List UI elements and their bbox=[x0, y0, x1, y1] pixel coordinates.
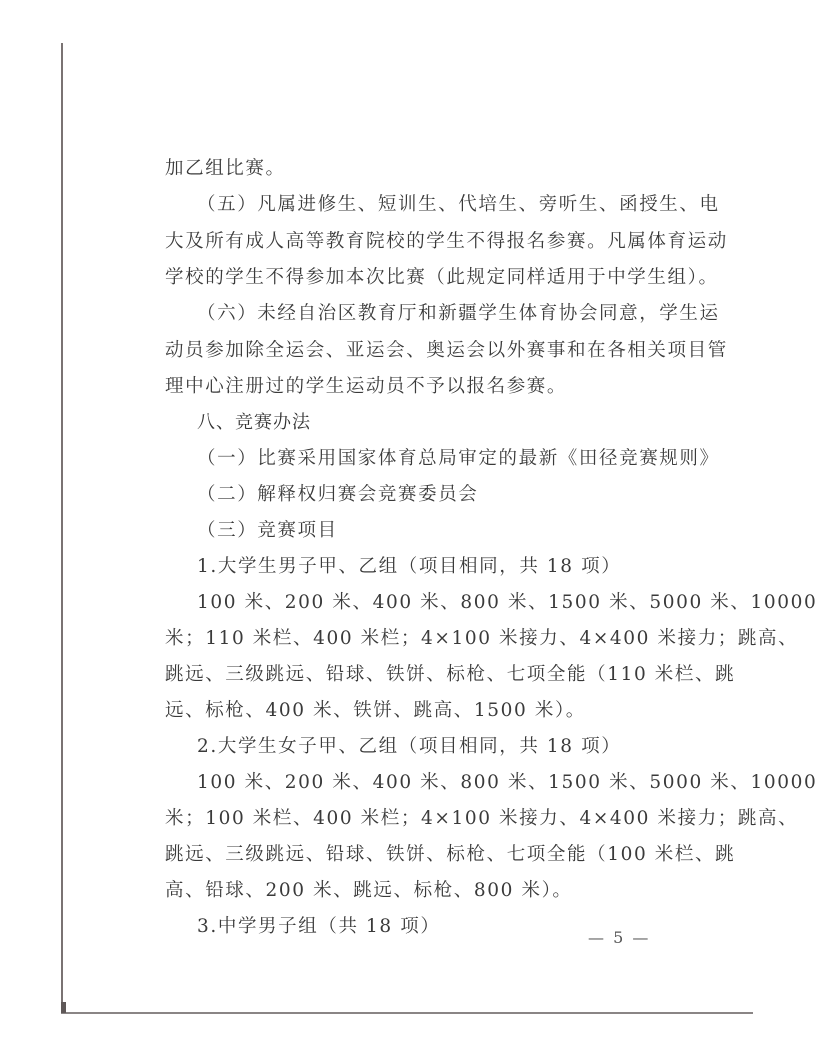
text-line: 学校的学生不得参加本次比赛（此规定同样适用于中学生组）。 bbox=[165, 263, 675, 293]
text-line: 理中心注册过的学生运动员不予以报名参赛。 bbox=[165, 372, 675, 402]
text-line: 大及所有成人高等教育院校的学生不得报名参赛。凡属体育运动 bbox=[165, 227, 670, 257]
text-line: 100 米、200 米、400 米、800 米、1500 米、5000 米、10… bbox=[197, 768, 672, 798]
text-line: 2.大学生女子甲、乙组（项目相同，共 18 项） bbox=[197, 732, 707, 762]
document-page: 加乙组比赛。（五）凡属进修生、短训生、代培生、旁听生、函授生、电大及所有成人高等… bbox=[0, 0, 816, 1056]
scan-corner-mark bbox=[61, 1002, 66, 1013]
text-line: 高、铅球、200 米、跳远、标枪、800 米）。 bbox=[165, 876, 675, 906]
page-number: — 5 — bbox=[588, 928, 650, 947]
text-line: 1.大学生男子甲、乙组（项目相同，共 18 项） bbox=[197, 552, 707, 582]
text-line: 跳远、三级跳远、铅球、铁饼、标枪、七项全能（100 米栏、跳 bbox=[165, 840, 670, 870]
text-line: （五）凡属进修生、短训生、代培生、旁听生、函授生、电 bbox=[197, 190, 672, 220]
text-line: 米；100 米栏、400 米栏；4×100 米接力、4×400 米接力；跳高、 bbox=[165, 804, 670, 834]
text-line: 跳远、三级跳远、铅球、铁饼、标枪、七项全能（110 米栏、跳 bbox=[165, 660, 670, 690]
scan-border-left bbox=[61, 43, 63, 1013]
text-line: 100 米、200 米、400 米、800 米、1500 米、5000 米、10… bbox=[197, 588, 672, 618]
scan-border-bottom bbox=[61, 1012, 753, 1014]
text-line: 加乙组比赛。 bbox=[165, 154, 675, 184]
text-line: （六）未经自治区教育厅和新疆学生体育协会同意，学生运 bbox=[197, 299, 672, 329]
section-heading: 八、竞赛办法 bbox=[197, 408, 707, 438]
text-line: 远、标枪、400 米、铁饼、跳高、1500 米）。 bbox=[165, 696, 675, 726]
text-line: （一）比赛采用国家体育总局审定的最新《田径竞赛规则》 bbox=[197, 444, 707, 474]
text-line: 动员参加除全运会、亚运会、奥运会以外赛事和在各相关项目管 bbox=[165, 336, 670, 366]
text-line: （三）竞赛项目 bbox=[197, 516, 707, 546]
text-line: 米；110 米栏、400 米栏；4×100 米接力、4×400 米接力；跳高、 bbox=[165, 624, 670, 654]
text-line: （二）解释权归赛会竞赛委员会 bbox=[197, 480, 707, 510]
